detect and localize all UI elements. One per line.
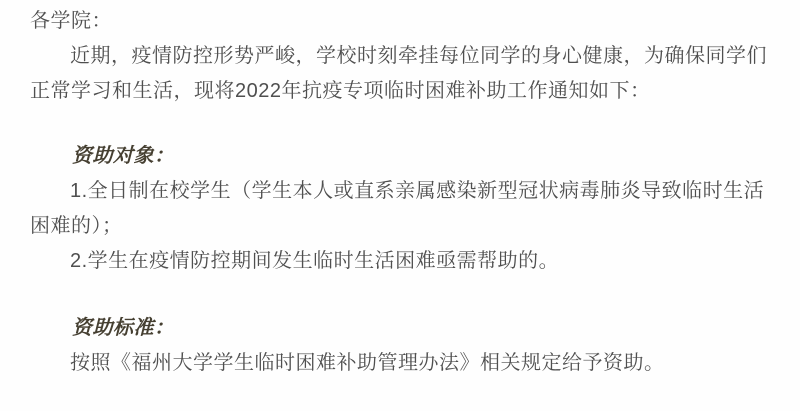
section-heading-funding-standard: 资助标准：	[70, 311, 179, 346]
funding-standard-text: 按照《福州大学学生临时困难补助管理办法》相关规定给予资助。	[30, 346, 770, 381]
intro-paragraph: 近期，疫情防控形势严峻，学校时刻牵挂每位同学的身心健康，为确保同学们正常学习和生…	[30, 39, 770, 109]
section-heading-row-funding-standard: 资助标准：	[30, 311, 770, 346]
salutation: 各学院：	[30, 4, 770, 39]
list-item-funding-target-1: 1.全日制在校学生（学生本人或直系亲属感染新型冠状病毒肺炎导致临时生活困难的）；	[30, 174, 770, 244]
section-heading-row-funding-targets: 资助对象：	[30, 139, 770, 174]
notice-document: 各学院： 近期，疫情防控形势严峻，学校时刻牵挂每位同学的身心健康，为确保同学们正…	[0, 0, 800, 411]
list-item-funding-target-2: 2.学生在疫情防控期间发生临时生活困难亟需帮助的。	[30, 244, 770, 279]
section-heading-funding-targets: 资助对象：	[70, 139, 179, 174]
